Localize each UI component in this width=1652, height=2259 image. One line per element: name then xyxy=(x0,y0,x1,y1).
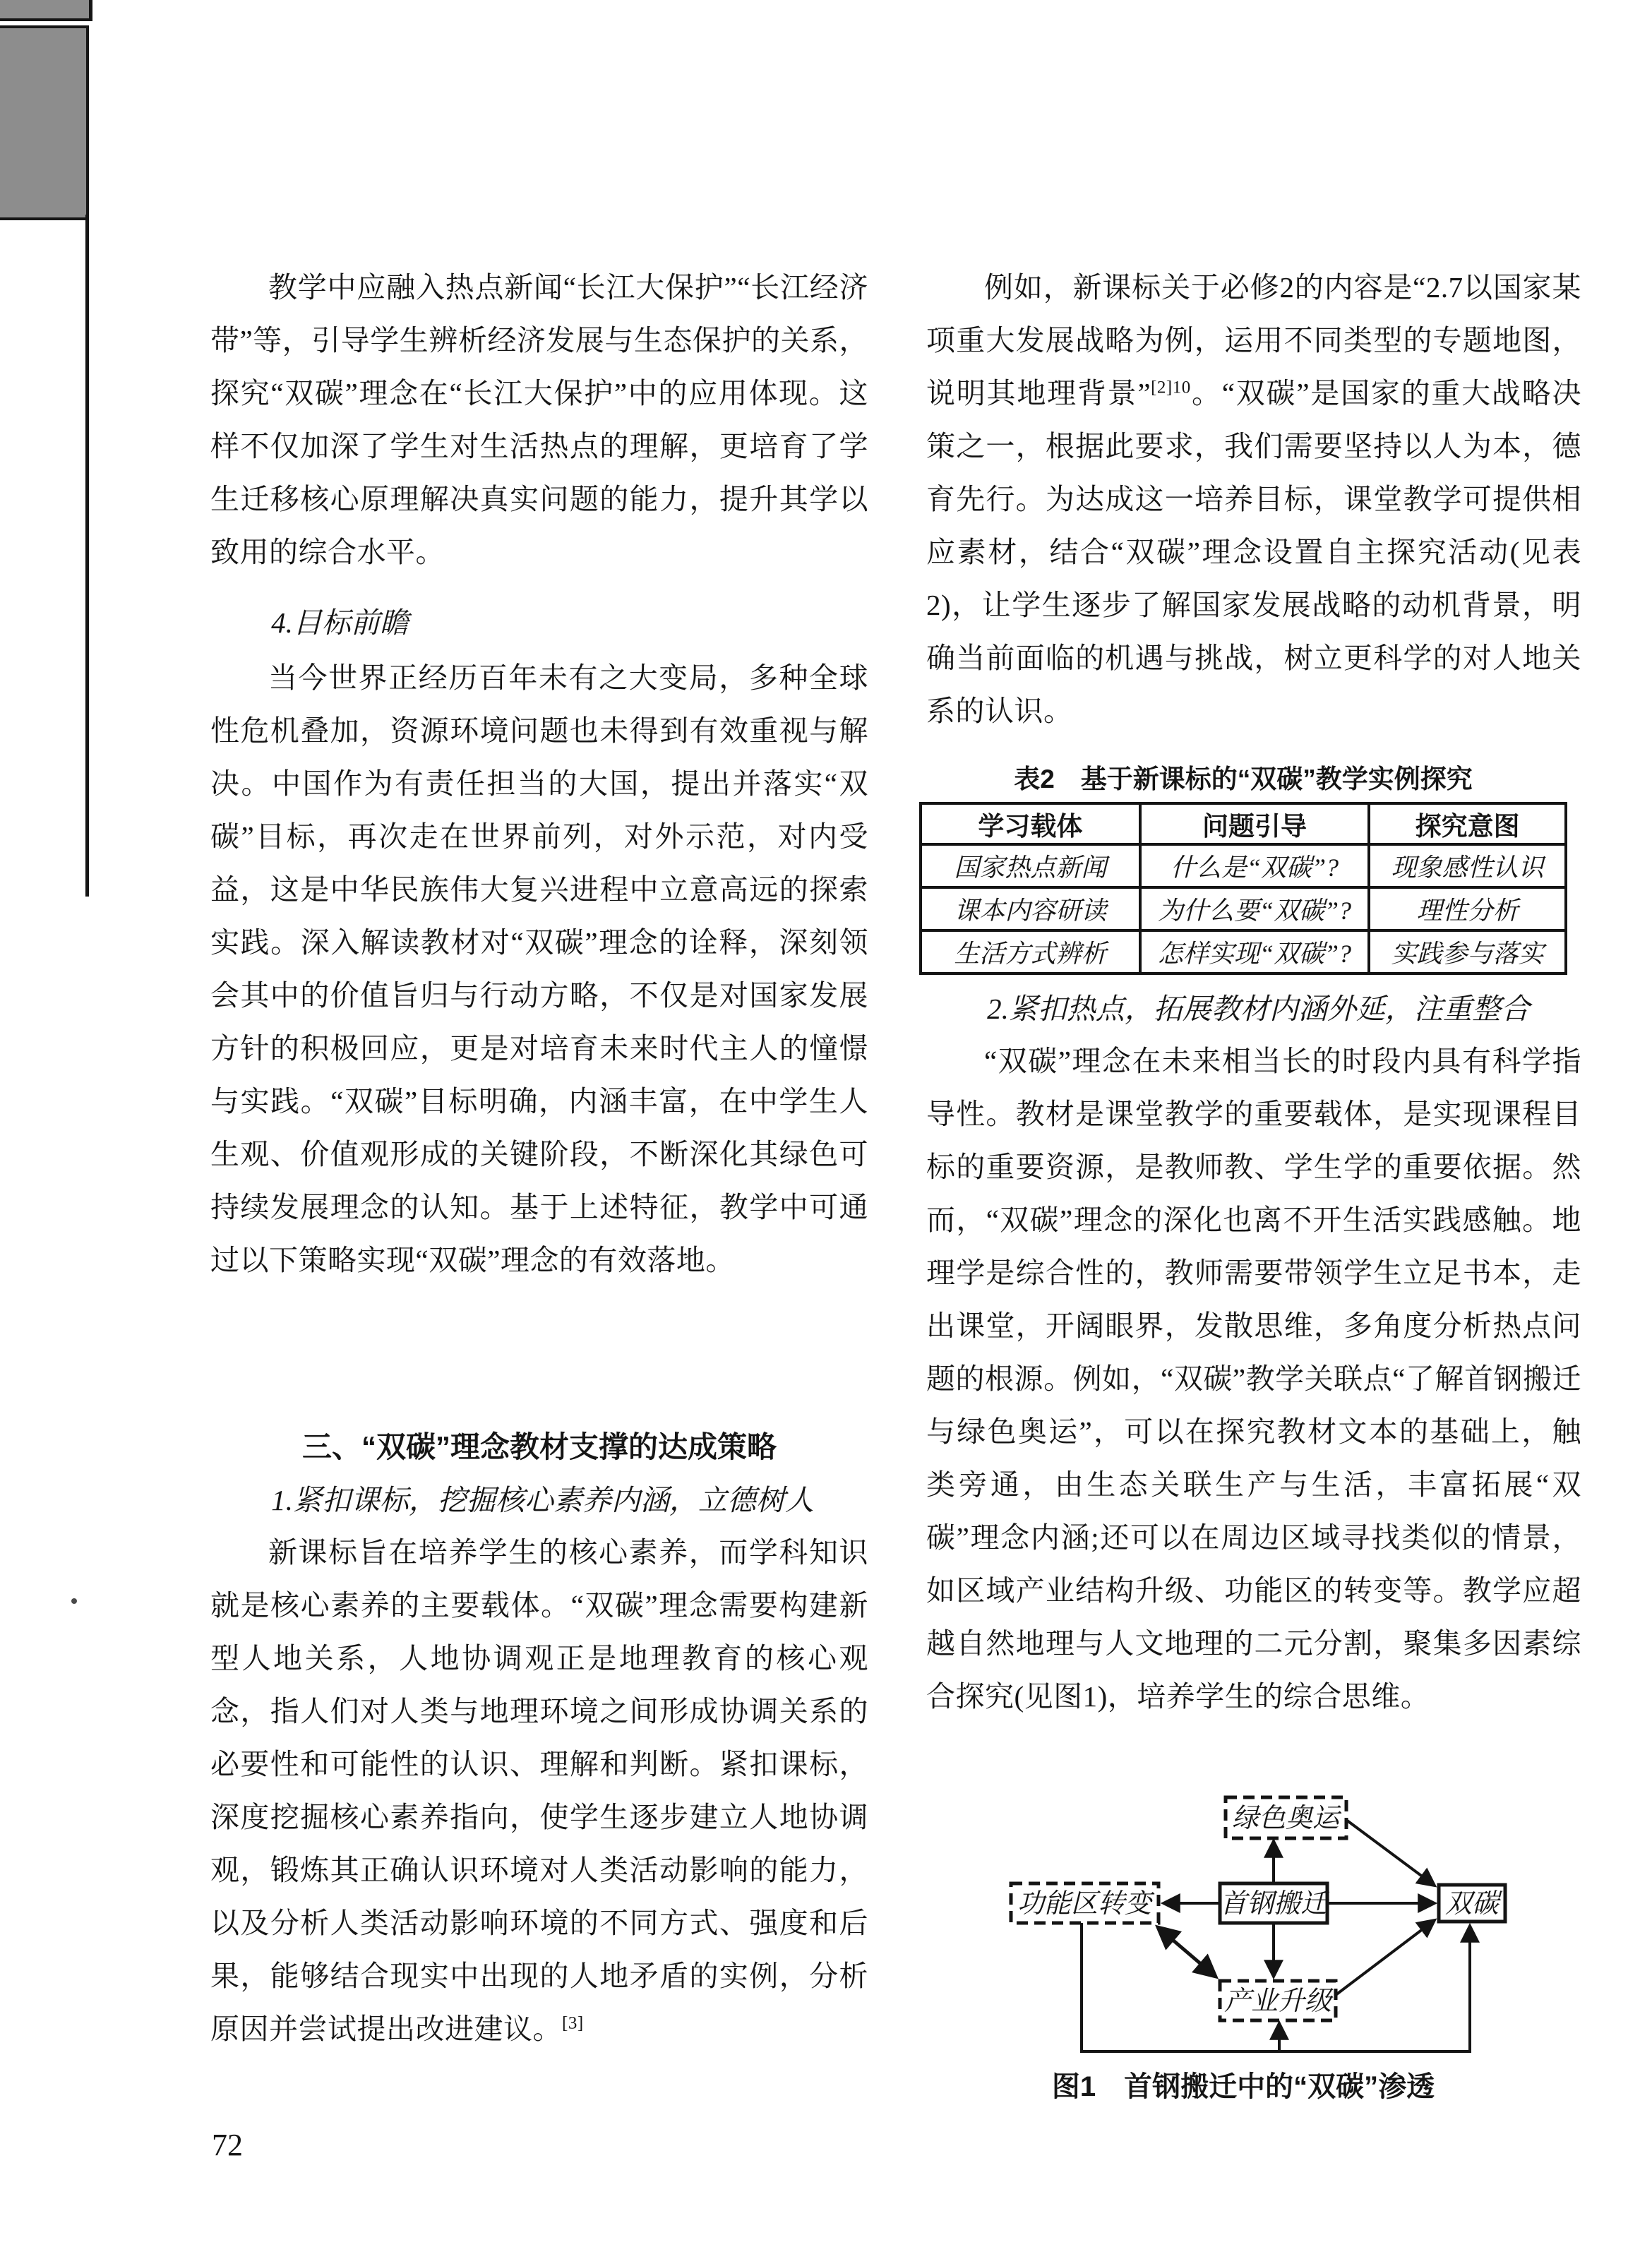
scanned-paper-page: 教学中应融入热点新闻“长江大保护”“长江经济带”等，引导学生辨析经济发展与生态保… xyxy=(0,0,1652,2259)
table-row: 国家热点新闻 什么是“双碳”? 现象感性认识 xyxy=(921,844,1566,887)
table-2-title: 表2 基于新课标的“双碳”教学实例探究 xyxy=(919,761,1567,798)
table-2: 学习载体 问题引导 探究意图 国家热点新闻 什么是“双碳”? 现象感性认识 课本… xyxy=(919,802,1567,975)
table-cell: 实践参与落实 xyxy=(1369,930,1566,973)
node-shougang-label: 首钢搬迁 xyxy=(1220,1889,1330,1919)
table-cell: 怎样实现“双碳”? xyxy=(1140,930,1369,973)
table-cell: 现象感性认识 xyxy=(1369,844,1566,887)
left-paragraph-2: 当今世界正经历百年未有之大变局，多种全球性危机叠加，资源环境问题也未得到有效重视… xyxy=(210,652,868,1287)
scan-artifact-gray-block xyxy=(0,25,89,220)
table-cell: 课本内容研读 xyxy=(921,887,1140,930)
table-header-row: 学习载体 问题引导 探究意图 xyxy=(921,803,1566,844)
right-subheading-2: 2.紧扣热点，拓展教材内涵外延，注重整合 xyxy=(926,983,1581,1036)
arrow-olympics-to-dualcarbon xyxy=(1346,1820,1435,1886)
table-header-intent: 探究意图 xyxy=(1369,803,1566,844)
left-subheading-4: 4.目标前瞻 xyxy=(210,597,868,649)
table-cell: 什么是“双碳”? xyxy=(1140,844,1369,887)
left-paragraph-1: 教学中应融入热点新闻“长江大保护”“长江经济带”等，引导学生辨析经济发展与生态保… xyxy=(210,261,868,579)
section-heading-3: 三、“双碳”理念教材支撑的达成策略 xyxy=(210,1423,868,1471)
left-subheading-1: 1.紧扣课标，挖掘核心素养内涵，立德树人 xyxy=(210,1474,868,1527)
table-cell: 国家热点新闻 xyxy=(921,844,1140,887)
table-header-carrier: 学习载体 xyxy=(921,803,1140,844)
node-green-olympics-label: 绿色奥运 xyxy=(1232,1804,1342,1833)
scan-artifact-binding-line xyxy=(85,215,89,897)
node-industry-upgrade-label: 产业升级 xyxy=(1224,1987,1334,2016)
scan-artifact-top-block xyxy=(0,0,92,21)
table-cell: 为什么要“双碳”? xyxy=(1140,887,1369,930)
footnote-ref-2: [2]10 xyxy=(1151,378,1191,397)
left-paragraph-3-text: 新课标旨在培养学生的核心素养，而学科知识就是核心素养的主要载体。“双碳”理念需要… xyxy=(210,1536,868,2045)
node-dual-carbon-label: 双碳 xyxy=(1445,1889,1503,1919)
table-row: 课本内容研读 为什么要“双碳”? 理性分析 xyxy=(921,887,1566,930)
page-number: 72 xyxy=(212,2128,243,2163)
left-paragraph-3: 新课标旨在培养学生的核心素养，而学科知识就是核心素养的主要载体。“双碳”理念需要… xyxy=(210,1526,868,2056)
figure-1-diagram: 绿色奥运 功能区转变 首钢搬迁 双碳 产业升级 xyxy=(904,1792,1574,2063)
table-row: 生活方式辨析 怎样实现“双碳”? 实践参与落实 xyxy=(921,930,1566,973)
table-cell: 理性分析 xyxy=(1369,887,1566,930)
arrow-upgrade-to-dualcarbon xyxy=(1336,1920,1435,1995)
figure-1-caption: 图1 首钢搬迁中的“双碳”渗透 xyxy=(919,2067,1567,2107)
arrow-functional-upgrade-bidirectional xyxy=(1158,1927,1216,1977)
footnote-ref-3: [3] xyxy=(562,2013,584,2032)
node-functional-zone-label: 功能区转变 xyxy=(1017,1889,1155,1919)
right-paragraph-1: 例如，新课标关于必修2的内容是“2.7以国家某项重大发展战略为例，运用不同类型的… xyxy=(926,261,1581,738)
table-header-question: 问题引导 xyxy=(1140,803,1369,844)
scan-artifact-dot xyxy=(71,1598,77,1604)
right-paragraph-1-text-b: 。“双碳”是国家的重大战略决策之一，根据此要求，我们需要坚持以人为本，德育先行。… xyxy=(926,377,1581,727)
table-cell: 生活方式辨析 xyxy=(921,930,1140,973)
right-paragraph-2: “双碳”理念在未来相当长的时段内具有科学指导性。教材是课堂教学的重要载体，是实现… xyxy=(926,1035,1581,1723)
